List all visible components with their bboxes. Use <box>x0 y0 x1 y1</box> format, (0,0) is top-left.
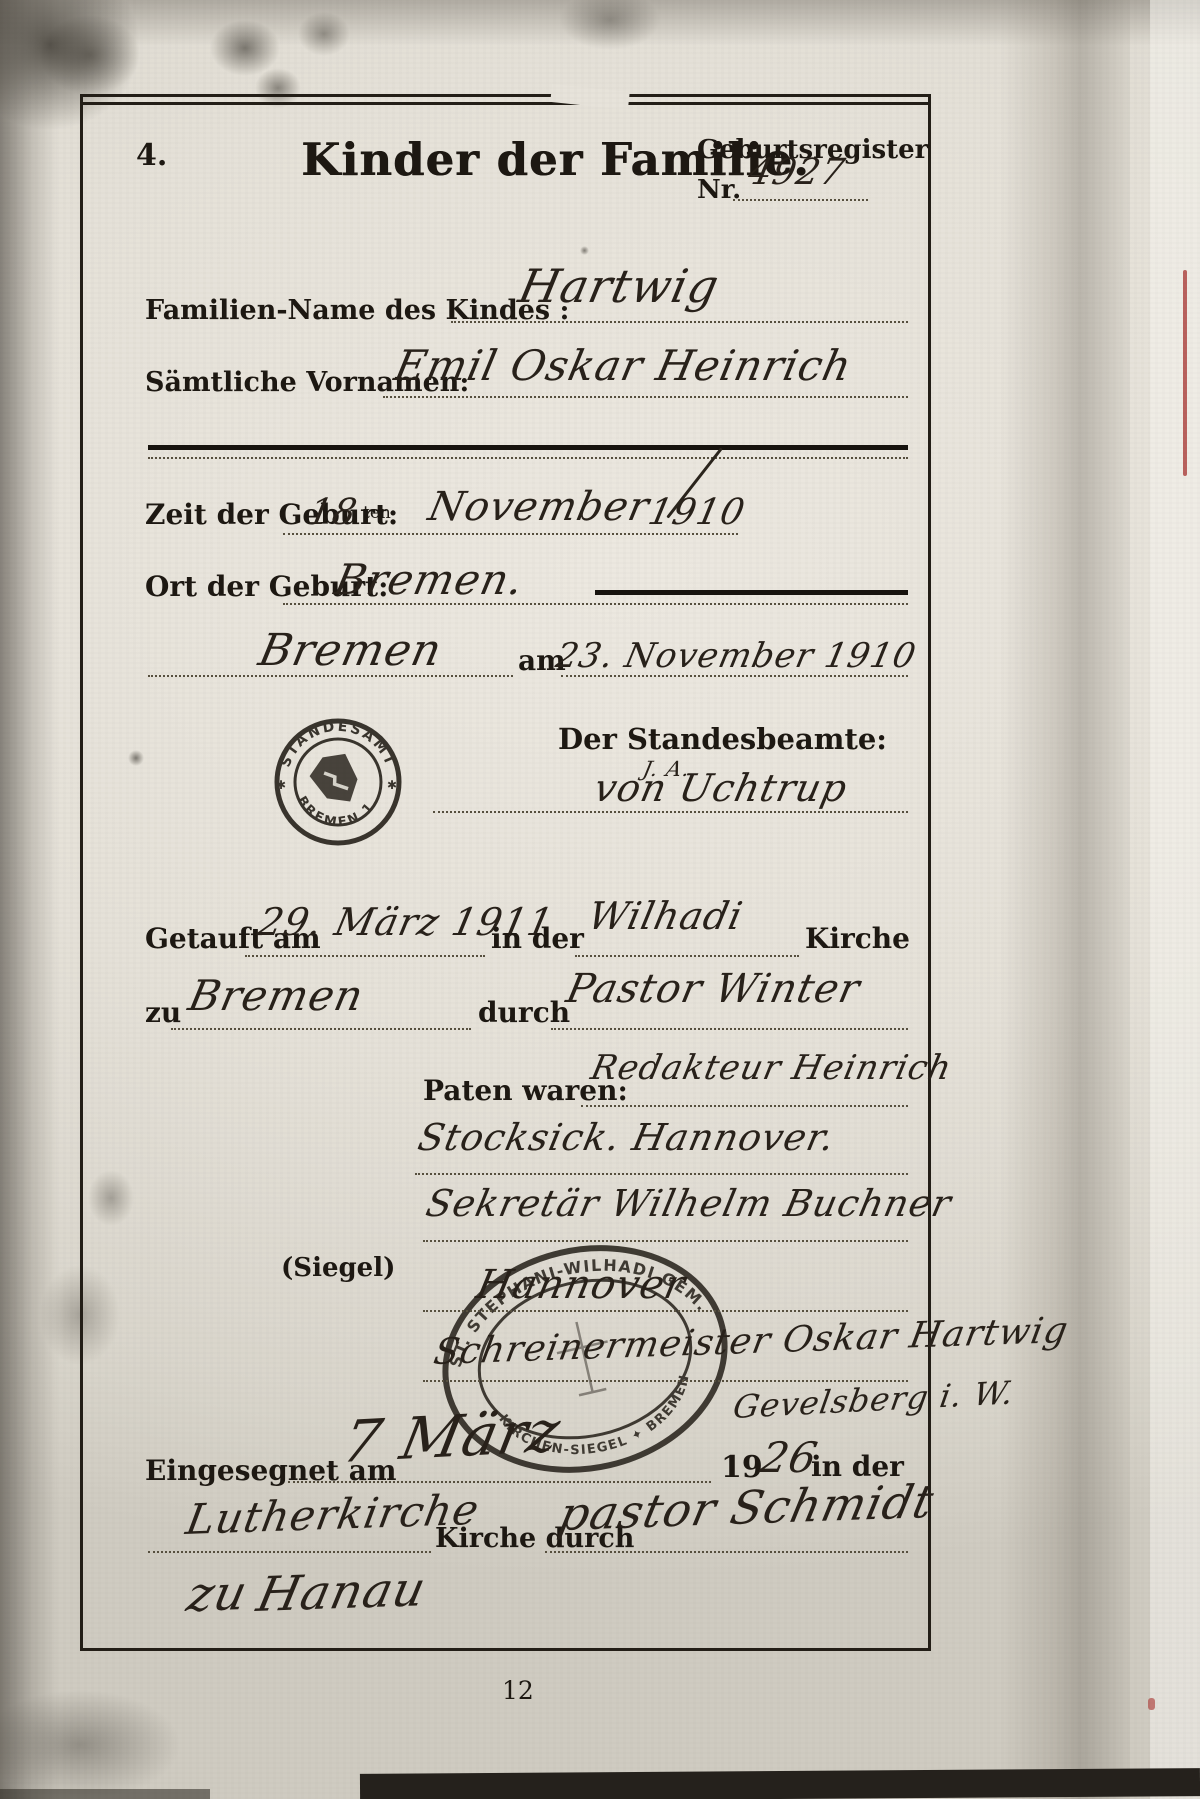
section-rule <box>148 445 908 450</box>
godparent-line-2: Stocksick. Hannover. <box>415 1119 838 1156</box>
ruled-line <box>423 1380 908 1382</box>
ruled-line <box>575 955 799 957</box>
grunge-blob <box>298 12 350 56</box>
top-shadow-edge <box>0 0 1200 46</box>
godparent-line-1: Redakteur Heinrich <box>588 1051 955 1085</box>
ruled-line <box>415 1173 908 1175</box>
issued-date-value: 23. November 1910 <box>553 639 919 673</box>
confirmation-date: 7 März <box>338 1402 565 1471</box>
stamp-star-icon: ✱ <box>276 778 286 792</box>
registrar-signature: von Uchtrup <box>591 769 851 807</box>
grunge-blob <box>40 15 140 95</box>
ruled-line <box>551 1028 908 1030</box>
right-paper-strip <box>1150 0 1200 1799</box>
birth-day-value: 18 <box>305 495 360 531</box>
ruled-line <box>171 1028 471 1030</box>
registrar-label: Der Standesbeamte: <box>558 725 887 754</box>
ruled-line <box>283 533 738 535</box>
given-names-value: Emil Oskar Heinrich <box>391 345 856 387</box>
ruled-line <box>581 1105 908 1107</box>
page-number: 12 <box>502 1678 534 1703</box>
birth-time-label: Zeit der Geburt: <box>145 501 398 529</box>
birth-year-value: 1910 <box>645 495 748 531</box>
durch-label: durch <box>478 999 570 1027</box>
ruled-line <box>383 396 908 398</box>
filler-line <box>595 590 908 595</box>
bremen-key-crest-icon <box>305 746 368 812</box>
page-curl-shadow <box>1000 0 1130 1799</box>
ruled-line <box>245 955 485 957</box>
photo-bottom-smudge <box>0 1789 210 1799</box>
register-nr-value: 4927 <box>745 155 848 191</box>
form-border-frame: 4. Kinder der Familie. Geburtsregister N… <box>80 94 931 1651</box>
confirmation-zu-label: zu <box>183 1569 252 1619</box>
ruled-line <box>433 811 908 813</box>
issued-place-value: Bremen <box>255 629 446 673</box>
stamp-star-icon: ✱ <box>387 778 397 792</box>
left-shadow-edge <box>0 0 58 1799</box>
double-rule-top <box>80 102 931 105</box>
birth-ordinal-label: ten <box>363 505 391 522</box>
ruled-line <box>148 457 908 459</box>
ruled-line <box>283 603 908 605</box>
ruled-line <box>545 1551 908 1553</box>
godparent-line-4: Hannover <box>473 1265 689 1305</box>
scanned-birth-register-photo: 4. Kinder der Familie. Geburtsregister N… <box>0 0 1200 1799</box>
ruled-line <box>733 199 868 201</box>
siegel-label: (Siegel) <box>281 1255 395 1281</box>
photo-bottom-band <box>360 1768 1200 1799</box>
birth-month-value: November <box>425 487 653 527</box>
baptism-church: Wilhadi <box>585 897 746 935</box>
baptism-place: Bremen <box>185 975 367 1017</box>
ruled-line <box>423 1310 908 1312</box>
ruled-line <box>561 675 908 677</box>
grunge-blob <box>210 20 280 76</box>
in-der-label: in der <box>491 925 584 953</box>
red-pen-dot <box>1148 1698 1155 1710</box>
paper-fold-mark <box>550 84 629 110</box>
kirche-label: Kirche <box>805 925 910 953</box>
red-pen-mark <box>1183 270 1187 476</box>
grunge-blob <box>0 1690 180 1799</box>
ruled-line <box>148 1551 431 1553</box>
ruled-line <box>148 675 513 677</box>
ruled-line <box>451 321 908 323</box>
registry-stamp: STANDESAMT BREMEN 1. ✱ ✱ <box>271 715 405 849</box>
baptism-pastor: Pastor Winter <box>563 969 864 1009</box>
grunge-blob <box>560 0 660 50</box>
birth-place-value: Bremen. <box>331 559 528 601</box>
family-name-value: Hartwig <box>515 263 723 309</box>
confirmation-pastor: pastor Schmidt <box>555 1478 938 1537</box>
zu-label: zu <box>145 999 181 1027</box>
godparent-line-6: Gevelsberg i. W. <box>731 1377 1016 1423</box>
family-name-label: Familien-Name des Kindes : <box>145 297 570 324</box>
entry-number: 4. <box>136 141 167 171</box>
ruled-line <box>288 1481 711 1483</box>
confirmation-place: Hanau <box>253 1565 431 1619</box>
